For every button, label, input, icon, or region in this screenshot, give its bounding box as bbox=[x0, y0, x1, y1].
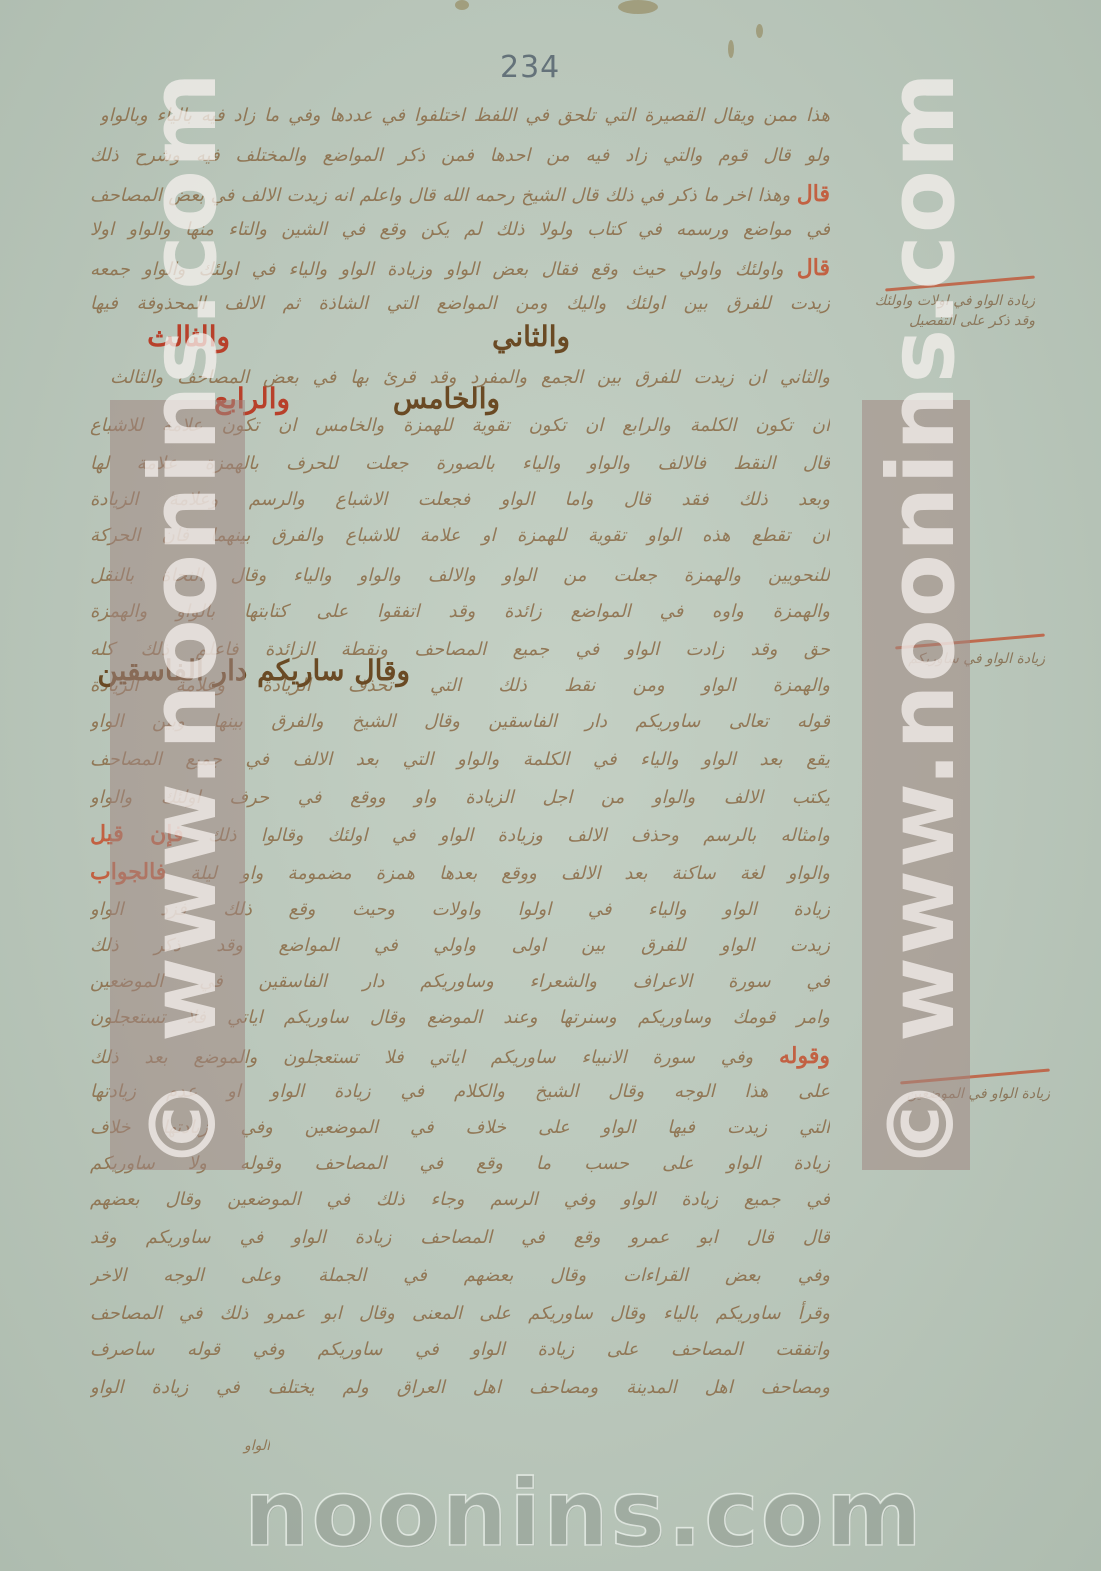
watermark-text-left: © www.noonins.com bbox=[130, 70, 237, 1170]
rubric: قال bbox=[797, 255, 830, 281]
text-line: واتفقت المصاحف على زيادة الواو في ساوريك… bbox=[90, 1334, 830, 1366]
text-segment: والواو لغة ساكنة بعد الالف ووقع بعدها هم… bbox=[190, 863, 830, 884]
text-line: وفي بعض القراءات وقال بعضهم في الجملة وع… bbox=[90, 1260, 830, 1292]
text-segment: وامثاله بالرسم وحذف الالف وزيادة الواو ف… bbox=[208, 825, 830, 846]
ink-stain bbox=[728, 40, 734, 58]
rubric: وقوله bbox=[779, 1043, 830, 1069]
folio-number: 234 bbox=[500, 50, 580, 90]
text-line: ومصاحف اهل المدينة ومصاحف اهل العراق ولم… bbox=[90, 1372, 830, 1404]
ink-stain bbox=[618, 0, 658, 14]
manuscript-page: 234 هذا ممن ويقال القصيرة التي تلحق في ا… bbox=[0, 0, 1101, 1571]
catchword: الواو bbox=[230, 1430, 270, 1462]
heading-second: والثاني bbox=[492, 320, 570, 353]
ink-stain bbox=[455, 0, 469, 10]
text-line: قال قال ابو عمرو وقع في المصاحف زيادة ال… bbox=[90, 1222, 830, 1254]
text-line: في جميع زيادة الواو وفي الرسم وجاء ذلك ف… bbox=[90, 1184, 830, 1216]
text-line: وقرأ ساوريكم بالياء وقال ساوريكم على الم… bbox=[90, 1298, 830, 1330]
rubric: قال bbox=[797, 181, 830, 207]
ink-stain bbox=[756, 24, 763, 38]
watermark-footer: noonins.com bbox=[244, 1460, 864, 1560]
watermark-text-right: © www.noonins.com bbox=[868, 70, 975, 1170]
